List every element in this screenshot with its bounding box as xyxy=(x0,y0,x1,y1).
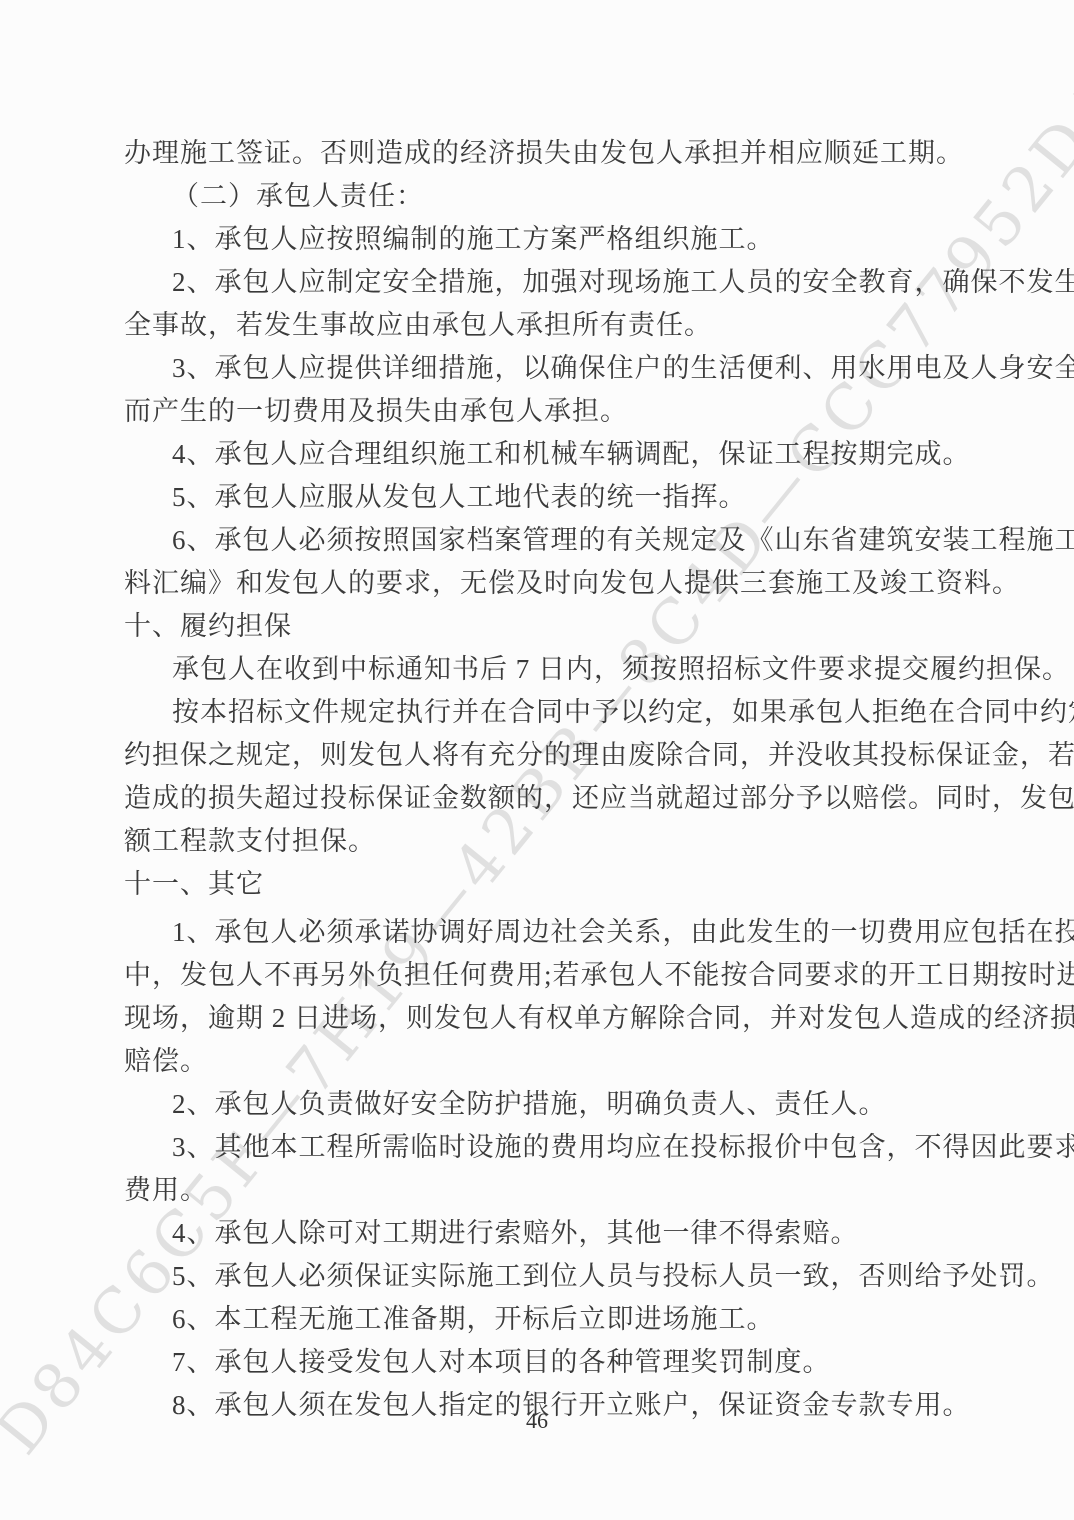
text-line: 1、承包人必须承诺协调好周边社会关系，由此发生的一切费用应包括在投标报价 xyxy=(124,911,950,954)
page-number: 46 xyxy=(0,1408,1074,1434)
text-line: 5、承包人必须保证实际施工到位人员与投标人员一致，否则给予处罚。 xyxy=(124,1255,950,1298)
text-line: 约担保之规定，则发包人将有充分的理由废除合同，并没收其投标保证金，若给发包人 xyxy=(124,734,950,777)
text-line: 2、承包人应制定安全措施，加强对现场施工人员的安全教育，确保不发生任何安 xyxy=(124,261,950,304)
text-line: 4、承包人除可对工期进行索赔外，其他一律不得索赔。 xyxy=(124,1212,950,1255)
document-page: D84C6C5F—7H19—42BB—8C4D—CCC77952DAAA 办理施… xyxy=(0,0,1074,1520)
text-line: 承包人在收到中标通知书后 7 日内，须按照招标文件要求提交履约担保。 xyxy=(124,648,950,691)
text-line: 2、承包人负责做好安全防护措施，明确负责人、责任人。 xyxy=(124,1083,950,1126)
text-line: 7、承包人接受发包人对本项目的各种管理奖罚制度。 xyxy=(124,1341,950,1384)
document-body: 办理施工签证。否则造成的经济损失由发包人承担并相应顺延工期。 （二）承包人责任：… xyxy=(124,132,950,1427)
text-line: 6、承包人必须按照国家档案管理的有关规定及《山东省建筑安装工程施工技术资 xyxy=(124,519,950,562)
text-line: 3、承包人应提供详细措施，以确保住户的生活便利、用水用电及人身安全，由此 xyxy=(124,347,950,390)
text-line: （二）承包人责任： xyxy=(124,175,950,218)
text-line: 赔偿。 xyxy=(124,1040,950,1083)
text-line: 4、承包人应合理组织施工和机械车辆调配，保证工程按期完成。 xyxy=(124,433,950,476)
text-line: 而产生的一切费用及损失由承包人承担。 xyxy=(124,390,950,433)
text-line: 3、其他本工程所需临时设施的费用均应在投标报价中包含，不得因此要求额外的 xyxy=(124,1126,950,1169)
text-line: 造成的损失超过投标保证金数额的，还应当就超过部分予以赔偿。同时，发包人提供等 xyxy=(124,777,950,820)
text-line: 5、承包人应服从发包人工地代表的统一指挥。 xyxy=(124,476,950,519)
text-line: 现场，逾期 2 日进场，则发包人有权单方解除合同，并对发包人造成的经济损失予以 xyxy=(124,997,950,1040)
text-line: 费用。 xyxy=(124,1169,950,1212)
text-line: 料汇编》和发包人的要求，无偿及时向发包人提供三套施工及竣工资料。 xyxy=(124,562,950,605)
text-line: 全事故，若发生事故应由承包人承担所有责任。 xyxy=(124,304,950,347)
section-heading: 十一、其它 xyxy=(124,863,950,906)
text-line: 按本招标文件规定执行并在合同中予以约定，如果承包人拒绝在合同中约定关于履 xyxy=(124,691,950,734)
text-line: 额工程款支付担保。 xyxy=(124,820,950,863)
text-line: 中，发包人不再另外负担任何费用;若承包人不能按合同要求的开工日期按时进入施工 xyxy=(124,954,950,997)
text-line: 6、本工程无施工准备期，开标后立即进场施工。 xyxy=(124,1298,950,1341)
section-heading: 十、履约担保 xyxy=(124,605,950,648)
text-line: 办理施工签证。否则造成的经济损失由发包人承担并相应顺延工期。 xyxy=(124,132,950,175)
text-line: 1、承包人应按照编制的施工方案严格组织施工。 xyxy=(124,218,950,261)
